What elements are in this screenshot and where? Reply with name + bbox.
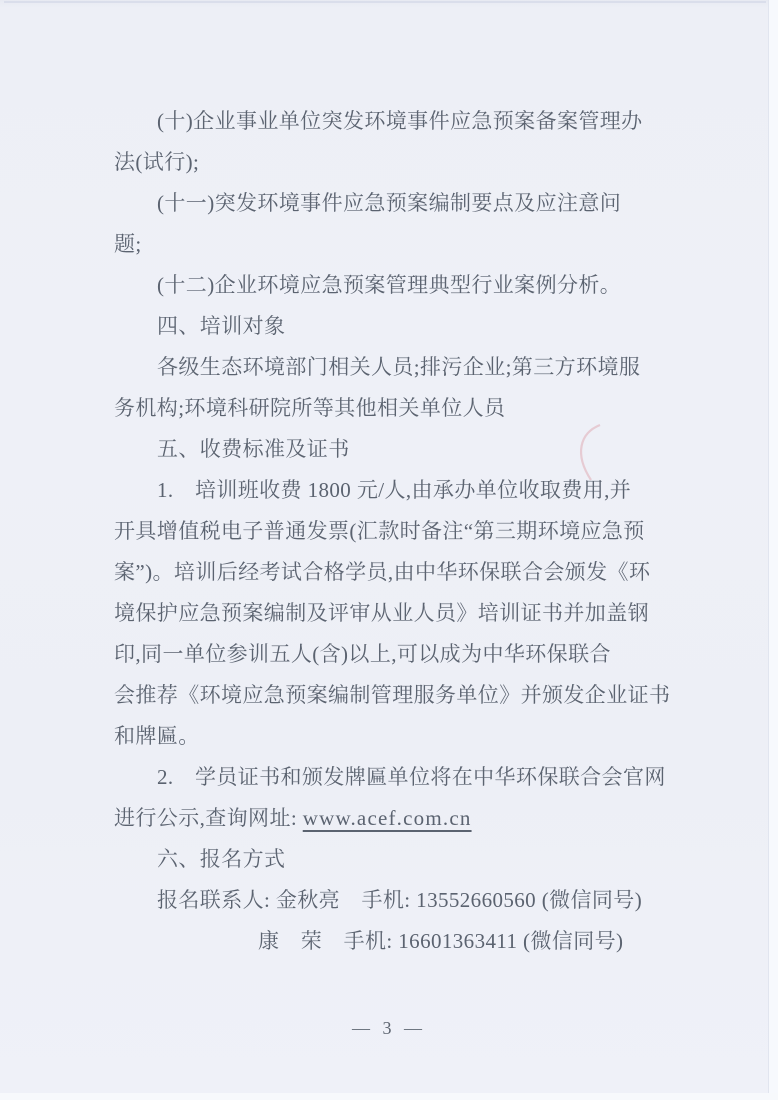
list-item-10-cont: 法(试行); [114, 142, 674, 183]
fee-item-1-cont-6: 和牌匾。 [114, 716, 674, 757]
heading-registration: 六、报名方式 [114, 839, 674, 880]
document-body: (十)企业事业单位突发环境事件应急预案备案管理办 法(试行); (十一)突发环境… [114, 101, 674, 962]
page-number: — 3 — [0, 1018, 778, 1039]
contact-line-1: 报名联系人: 金秋亮 手机: 13552660560 (微信同号) [114, 880, 674, 921]
document-page: (十)企业事业单位突发环境事件应急预案备案管理办 法(试行); (十一)突发环境… [0, 0, 778, 1100]
contact-line-2: 康 荣 手机: 16601363411 (微信同号) [114, 921, 674, 962]
scan-edge-right [768, 0, 778, 1100]
heading-fee-certificate: 五、收费标准及证书 [114, 429, 674, 470]
fee-item-1-cont-1: 开具增值税电子普通发票(汇款时备注“第三期环境应急预 [114, 511, 674, 552]
list-item-11: (十一)突发环境事件应急预案编制要点及应注意问 [114, 183, 674, 224]
list-item-11-cont: 题; [114, 224, 674, 265]
list-item-10: (十)企业事业单位突发环境事件应急预案备案管理办 [114, 101, 674, 142]
fee-item-1: 1. 培训班收费 1800 元/人,由承办单位收取费用,并 [114, 470, 674, 511]
fee-item-1-cont-3: 境保护应急预案编制及评审从业人员》培训证书并加盖钢 [114, 593, 674, 634]
website-prefix: 进行公示,查询网址: [114, 806, 303, 830]
training-target-text: 各级生态环境部门相关人员;排污企业;第三方环境服 [114, 347, 674, 388]
heading-training-target: 四、培训对象 [114, 306, 674, 347]
fee-item-1-cont-2: 案”)。培训后经考试合格学员,由中华环保联合会颁发《环 [114, 552, 674, 593]
list-item-12: (十二)企业环境应急预案管理典型行业案例分析。 [114, 265, 674, 306]
fee-item-2: 2. 学员证书和颁发牌匾单位将在中华环保联合会官网 [114, 757, 674, 798]
scan-edge-bottom [0, 1093, 778, 1100]
fee-item-1-cont-4: 印,同一单位参训五人(含)以上,可以成为中华环保联合 [114, 634, 674, 675]
scan-edge-top [4, 1, 766, 3]
website-link[interactable]: www.acef.com.cn [303, 806, 472, 830]
training-target-cont: 务机构;环境科研院所等其他相关单位人员 [114, 388, 674, 429]
fee-item-1-cont-5: 会推荐《环境应急预案编制管理服务单位》并颁发企业证书 [114, 675, 674, 716]
website-line: 进行公示,查询网址: www.acef.com.cn [114, 798, 674, 839]
